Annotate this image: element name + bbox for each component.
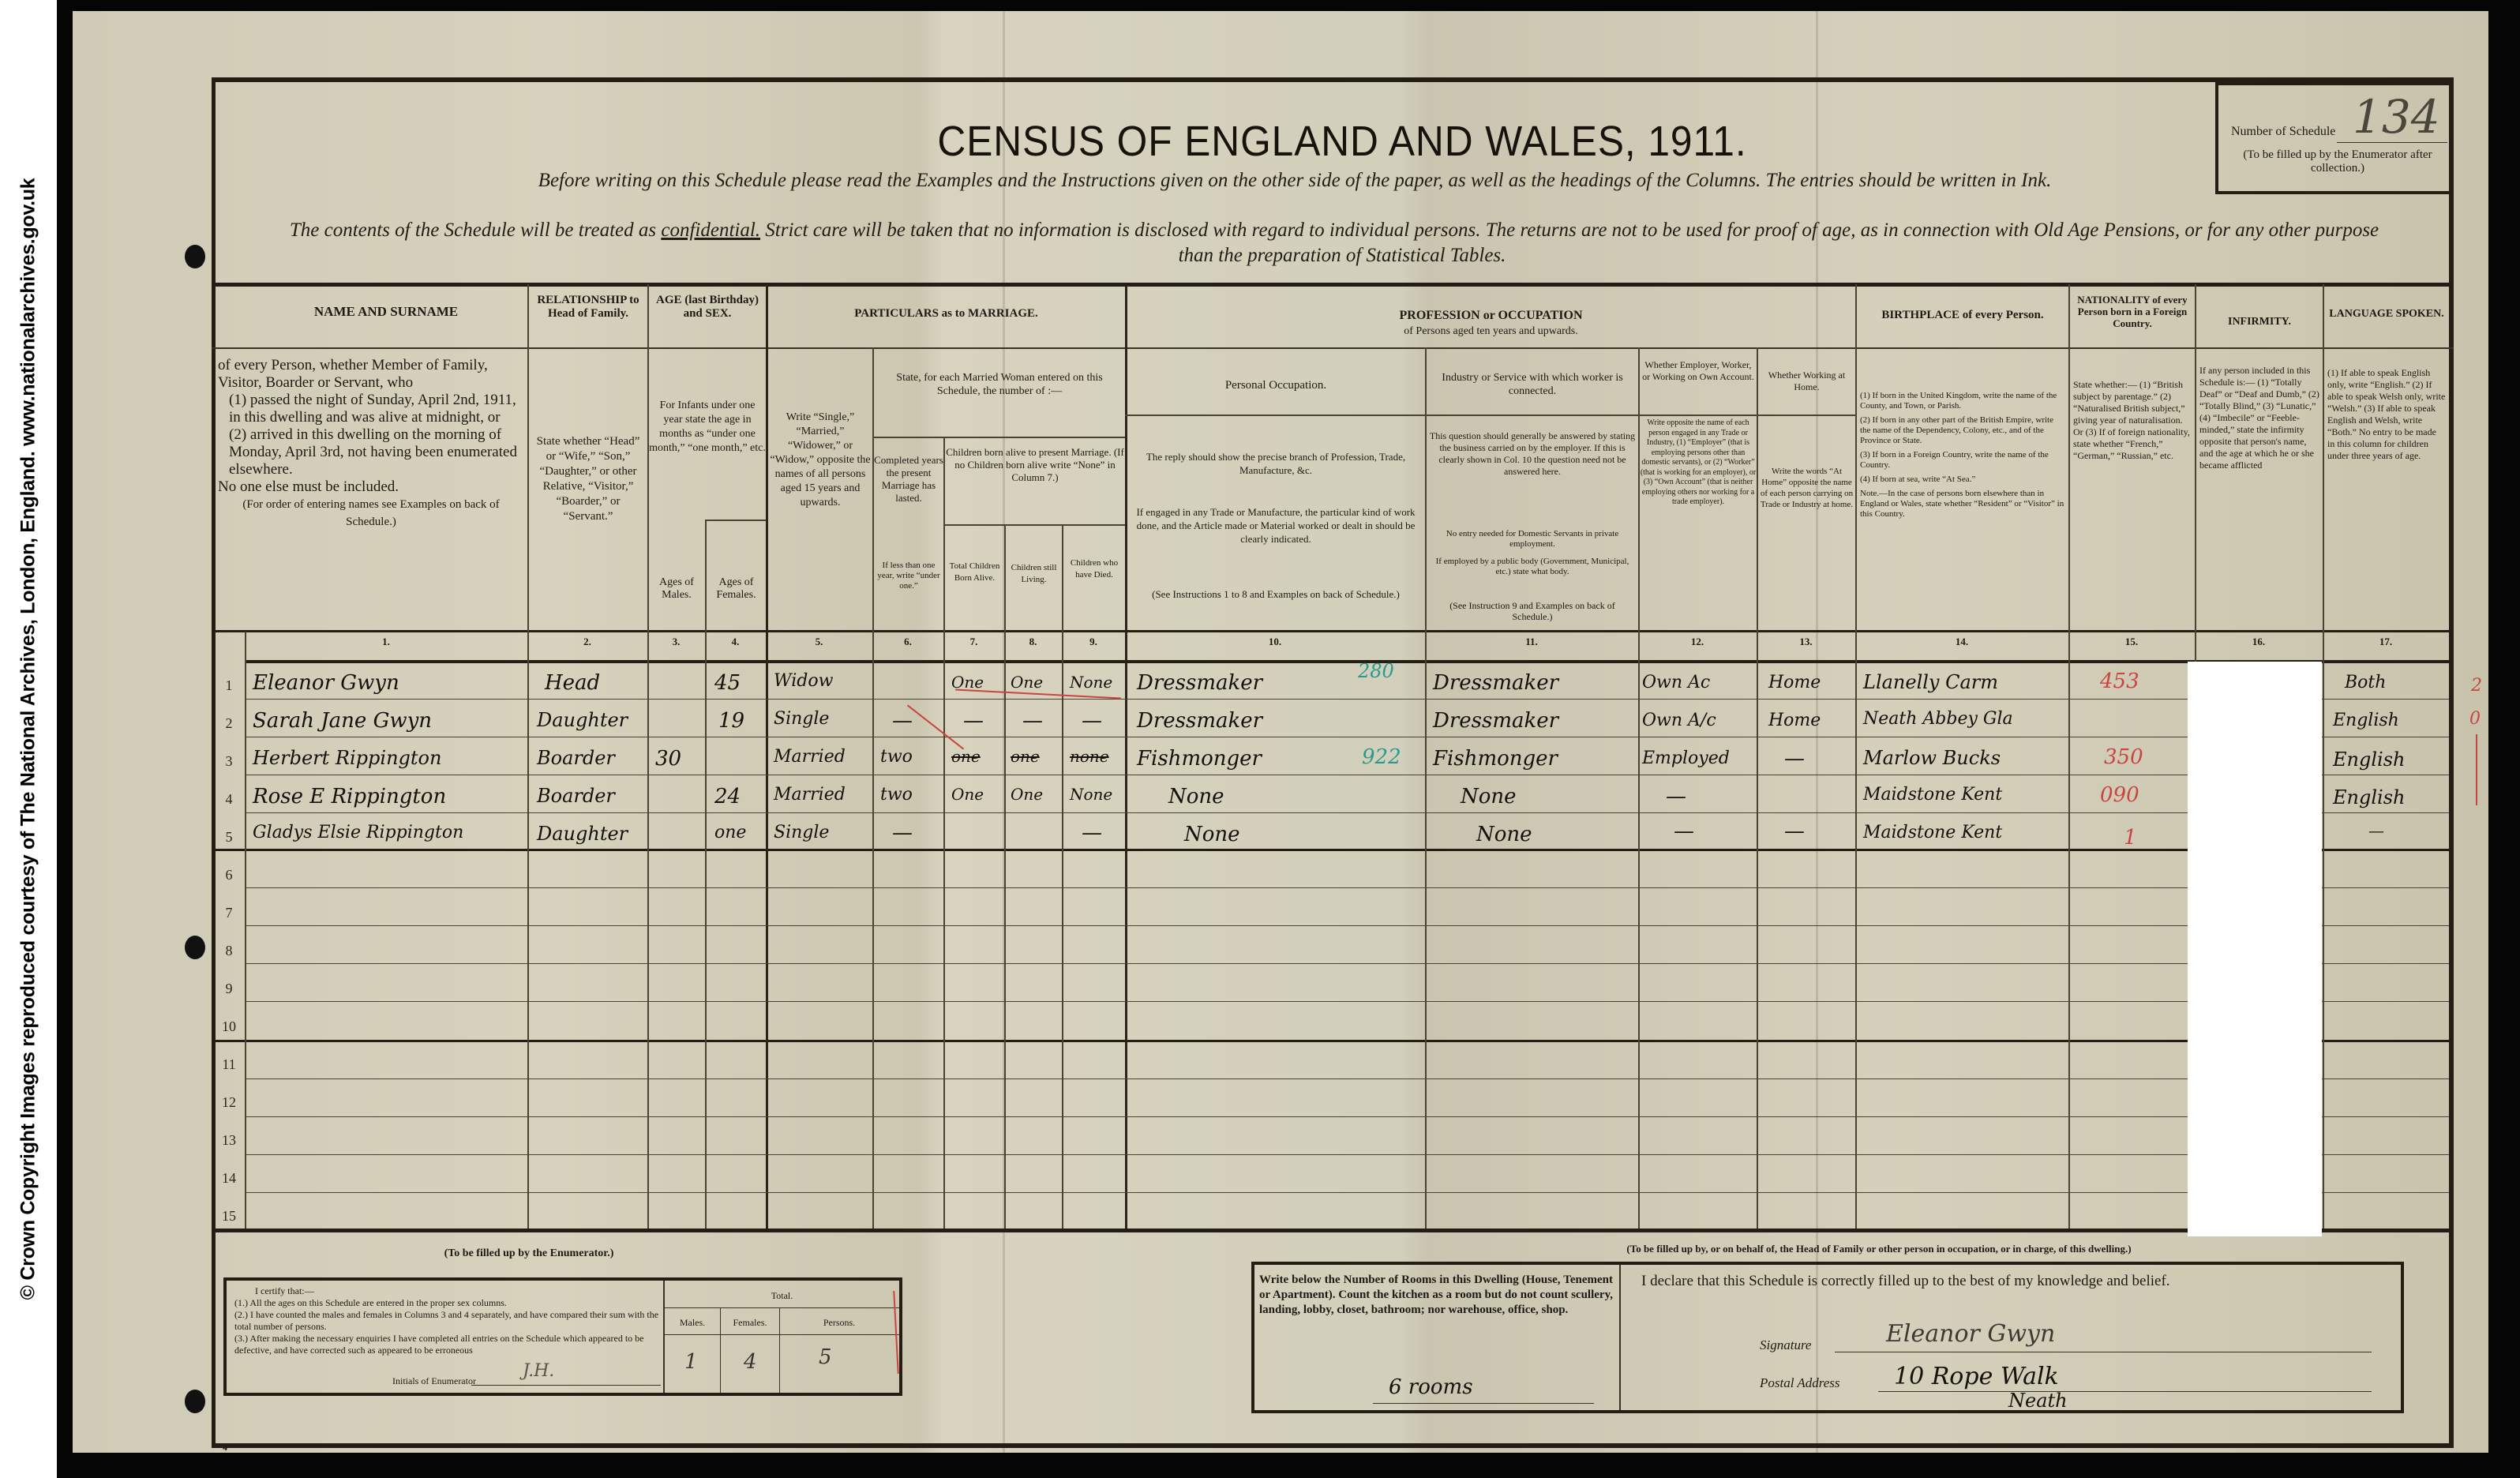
males-label: Males. bbox=[665, 1317, 720, 1329]
schedule-number-note: (To be filled up by the Enumerator after… bbox=[2231, 148, 2444, 175]
cell-birthplace-code: 090 bbox=[2100, 783, 2139, 807]
cell-condition: Married bbox=[774, 785, 846, 805]
header-relationship: RELATIONSHIP to Head of Family. bbox=[529, 294, 647, 321]
cell-industry: Fishmonger bbox=[1433, 747, 1558, 771]
col-line bbox=[943, 438, 945, 1229]
header-marriage-write: Write “Single,” “Married,” “Widower,” or… bbox=[770, 411, 871, 510]
margin-bracket bbox=[2476, 734, 2477, 805]
cell-name: Eleanor Gwyn bbox=[253, 671, 399, 695]
females-total: 4 bbox=[744, 1350, 757, 1374]
cell-years-married: — bbox=[892, 709, 913, 733]
column-number: 13. bbox=[1757, 636, 1855, 648]
cell-birthplace: Maidstone Kent bbox=[1863, 785, 2002, 805]
header-age-desc: For Infants under one year state the age… bbox=[649, 399, 766, 456]
column-number: 16. bbox=[2195, 636, 2323, 648]
confidential-word: confidential. bbox=[661, 219, 760, 241]
enumerator-box: I certify that:— (1.) All the ages on th… bbox=[223, 1277, 902, 1396]
cell-condition: Single bbox=[774, 823, 829, 842]
cell-birthplace: Maidstone Kent bbox=[1863, 823, 2002, 842]
cell-condition: Single bbox=[774, 709, 829, 729]
schedule-number: 134 bbox=[2353, 90, 2440, 144]
cell-age-female: 19 bbox=[718, 709, 744, 733]
schedule-number-box: Number of Schedule 134 (To be filled up … bbox=[2215, 82, 2452, 194]
children-subdivider bbox=[943, 524, 1125, 526]
signature-label: Signature bbox=[1760, 1337, 1811, 1353]
cell-name: Herbert Rippington bbox=[253, 747, 441, 769]
cell-occupation-code: 922 bbox=[1362, 745, 1401, 769]
rooms-count: 6 rooms bbox=[1389, 1375, 1473, 1399]
form-bottom-border bbox=[212, 1443, 2454, 1448]
cell-relationship: Boarder bbox=[537, 747, 615, 769]
row-line bbox=[245, 1116, 2449, 1117]
row-number: 14 bbox=[215, 1170, 243, 1187]
column-number: 7. bbox=[943, 636, 1004, 648]
row-number: 9 bbox=[215, 981, 243, 997]
address-line-2: Neath bbox=[2008, 1390, 2068, 1412]
column-number: 10. bbox=[1125, 636, 1425, 648]
rooms-line bbox=[1373, 1403, 1594, 1404]
header-relationship-desc: State whether “Head” or “Wife,” “Son,” “… bbox=[531, 434, 646, 524]
marriage-subdivider bbox=[872, 437, 1125, 438]
enumerator-certify: I certify that:— (1.) All the ages on th… bbox=[234, 1285, 661, 1356]
cell-language: — bbox=[2368, 821, 2384, 840]
address-line bbox=[1878, 1391, 2372, 1392]
cell-died: — bbox=[1082, 709, 1102, 733]
confidentiality-line-2: than the preparation of Statistical Tabl… bbox=[987, 245, 1697, 267]
header-age-males: Ages of Males. bbox=[649, 576, 704, 602]
signature-line bbox=[1835, 1352, 2372, 1352]
cell-died: None bbox=[1070, 785, 1112, 804]
household-box: Write below the Number of Rooms in this … bbox=[1251, 1262, 2404, 1413]
persons-label: Persons. bbox=[780, 1317, 898, 1329]
header-name: NAME AND SURNAME bbox=[245, 304, 527, 319]
cell-language: English bbox=[2333, 711, 2399, 730]
header-age-females: Ages of Females. bbox=[707, 576, 766, 602]
margin-mark-middle: 0 bbox=[2469, 709, 2481, 729]
cell-employment: Own Ac bbox=[1642, 673, 1710, 692]
row-line bbox=[245, 1192, 2449, 1193]
col-line bbox=[1855, 284, 1857, 1229]
header-bottom-border bbox=[212, 630, 2454, 632]
row-line bbox=[245, 925, 2449, 926]
declaration-text: I declare that this Schedule is correctl… bbox=[1641, 1273, 2383, 1290]
total-header-line bbox=[665, 1334, 899, 1335]
row-line bbox=[245, 1001, 2449, 1002]
cell-industry: Dressmaker bbox=[1433, 671, 1558, 695]
address-label: Postal Address bbox=[1760, 1375, 1840, 1391]
cell-relationship: Daughter bbox=[537, 709, 628, 731]
column-number: 14. bbox=[1855, 636, 2068, 648]
cell-born-alive: one bbox=[951, 747, 981, 766]
name-desc-e: (For order of entering names see Example… bbox=[218, 496, 524, 531]
cell-occupation: None bbox=[1168, 785, 1224, 808]
cell-living: One bbox=[1011, 673, 1043, 692]
cell-name: Sarah Jane Gwyn bbox=[253, 709, 432, 733]
cell-industry: None bbox=[1476, 823, 1532, 846]
birthplace-note: Note.—In the case of persons born elsewh… bbox=[1860, 489, 2065, 520]
row-line bbox=[245, 887, 2449, 888]
colnum-bottom-border bbox=[245, 660, 2449, 663]
initials-label: Initials of Enumerator bbox=[392, 1375, 476, 1387]
total-line bbox=[665, 1307, 899, 1308]
col-line bbox=[647, 632, 649, 1229]
row-number: 7 bbox=[215, 905, 243, 921]
confidentiality-prefix: The contents of the Schedule will be tre… bbox=[290, 219, 662, 241]
females-label: Females. bbox=[721, 1317, 779, 1329]
header-personal-occupation: Personal Occupation. bbox=[1127, 379, 1425, 392]
name-desc-b: (1) passed the night of Sunday, April 2n… bbox=[218, 392, 524, 426]
header-home: Whether Working at Home. bbox=[1758, 369, 1855, 393]
col-line bbox=[766, 284, 768, 1229]
initials-line bbox=[471, 1385, 661, 1386]
row-line bbox=[245, 775, 2449, 775]
header-language: LANGUAGE SPOKEN. bbox=[2324, 308, 2449, 321]
col-line bbox=[2323, 284, 2324, 1229]
household-heading: (To be filled up by, or on behalf of, th… bbox=[1342, 1243, 2416, 1255]
cell-at-home: Home bbox=[1768, 673, 1821, 692]
cell-relationship: Daughter bbox=[537, 823, 628, 845]
copyright-strip: © Crown Copyright Images reproduced cour… bbox=[0, 0, 57, 1478]
column-number: 12. bbox=[1638, 636, 1757, 648]
birthplace-desc-2: (2) If born in any other part of the Bri… bbox=[1860, 415, 2065, 446]
cell-living: one bbox=[1011, 747, 1040, 766]
header-infirmity-desc: If any person included in this Schedule … bbox=[2199, 365, 2319, 471]
instruction-line: Before writing on this Schedule please r… bbox=[411, 170, 2179, 192]
column-number: 8. bbox=[1004, 636, 1062, 648]
row-number: 1 bbox=[215, 677, 243, 694]
name-desc-c: (2) arrived in this dwelling on the morn… bbox=[218, 426, 524, 478]
column-number: 6. bbox=[872, 636, 943, 648]
col-line bbox=[1425, 347, 1427, 1229]
header-infirmity: INFIRMITY. bbox=[2196, 314, 2323, 329]
cell-at-home: — bbox=[1784, 820, 1805, 843]
col-line bbox=[1004, 526, 1006, 1229]
cell-died: None bbox=[1070, 673, 1112, 692]
cell-age-female: 45 bbox=[714, 671, 741, 695]
header-birthplace-desc: (1) If born in the United Kingdom, write… bbox=[1860, 391, 2065, 520]
schedule-number-line bbox=[2337, 142, 2447, 143]
row-number: 2 bbox=[215, 715, 243, 732]
cell-employment: — bbox=[1674, 820, 1694, 843]
margin-mark-top: 2 bbox=[2471, 676, 2482, 696]
cell-living: — bbox=[1022, 709, 1043, 733]
row-number: 11 bbox=[215, 1056, 243, 1073]
name-desc-a: of every Person, whether Member of Famil… bbox=[218, 357, 524, 392]
certify-item-2: (2.) I have counted the males and female… bbox=[234, 1309, 661, 1333]
column-number: 17. bbox=[2323, 636, 2449, 648]
cell-born-alive: — bbox=[963, 709, 984, 733]
header-personal-desc-a: The reply should show the precise branch… bbox=[1131, 450, 1421, 477]
header-employer: Whether Employer, Worker, or Working on … bbox=[1640, 359, 1757, 383]
cell-occupation: Dressmaker bbox=[1137, 671, 1262, 695]
cell-relationship: Head bbox=[545, 671, 600, 695]
cell-years-married: — bbox=[892, 821, 913, 845]
persons-total: 5 bbox=[819, 1345, 832, 1369]
header-name-desc: of every Person, whether Member of Famil… bbox=[218, 357, 524, 531]
row-line bbox=[245, 1154, 2449, 1155]
cell-language: Both bbox=[2345, 673, 2386, 692]
row-line bbox=[245, 812, 2449, 813]
rooms-instructions: Write below the Number of Rooms in this … bbox=[1259, 1273, 1613, 1318]
cell-condition: Widow bbox=[774, 671, 833, 691]
row-number: 10 bbox=[215, 1018, 243, 1035]
header-language-desc: (1) If able to speak English only, write… bbox=[2327, 367, 2446, 462]
col-line bbox=[705, 521, 707, 1229]
row-line bbox=[245, 1078, 2449, 1079]
header-occupation-subtitle: of Persons aged ten years and upwards. bbox=[1127, 325, 1855, 338]
row-number: 8 bbox=[215, 943, 243, 959]
header-industry-desc-a: This question should generally be answer… bbox=[1429, 430, 1636, 478]
confidentiality-line: The contents of the Schedule will be tre… bbox=[229, 219, 2439, 242]
header-personal-desc-c: (See Instructions 1 to 8 and Examples on… bbox=[1131, 588, 1421, 601]
column-number: 11. bbox=[1425, 636, 1638, 648]
cell-living: One bbox=[1011, 785, 1043, 804]
certify-item-3: (3.) After making the necessary enquirie… bbox=[234, 1333, 661, 1356]
birthplace-desc-3: (3) If born in a Foreign Country, write … bbox=[1860, 450, 2065, 471]
header-marriage-completed-note: If less than one year, write “under one.… bbox=[874, 561, 943, 591]
row-number: 13 bbox=[215, 1132, 243, 1149]
header-occupation: PROFESSION or OCCUPATION bbox=[1127, 308, 1855, 323]
cell-occupation: Dressmaker bbox=[1137, 709, 1262, 733]
row-line bbox=[245, 737, 2449, 737]
cell-birthplace: Llanelly Carm bbox=[1863, 671, 1998, 693]
birthplace-desc-4: (4) If born at sea, write “At Sea.” bbox=[1860, 475, 2065, 485]
column-number: 2. bbox=[527, 636, 647, 648]
col-line bbox=[1125, 284, 1127, 1229]
cell-age-male: 30 bbox=[655, 747, 681, 771]
cell-age-female: one bbox=[714, 823, 746, 842]
cell-died: — bbox=[1082, 821, 1102, 845]
header-industry-desc-c: If employed by a public body (Government… bbox=[1429, 557, 1636, 577]
col-line bbox=[1062, 526, 1063, 1229]
column-number: 9. bbox=[1062, 636, 1125, 648]
header-children-total: Total Children Born Alive. bbox=[945, 561, 1004, 584]
punch-hole bbox=[185, 936, 205, 959]
header-nationality-desc: State whether:— (1) “British subject by … bbox=[2073, 379, 2192, 462]
cell-at-home: — bbox=[1784, 747, 1805, 771]
column-number: 5. bbox=[766, 636, 872, 648]
cell-years-married: two bbox=[880, 747, 913, 767]
row-5-divider bbox=[212, 849, 2454, 851]
row-number: 5 bbox=[215, 829, 243, 846]
occupation-subdivider bbox=[1125, 415, 1757, 416]
table-top-border bbox=[212, 283, 2454, 287]
header-marriage-completed: Completed years the present Marriage has… bbox=[874, 454, 943, 505]
confidentiality-rest: Strict care will be taken that no inform… bbox=[760, 219, 2379, 241]
header-children-living: Children still Living. bbox=[1006, 562, 1062, 586]
row-number: 6 bbox=[215, 867, 243, 883]
signature: Eleanor Gwyn bbox=[1886, 1320, 2055, 1348]
total-label: Total. bbox=[665, 1290, 899, 1302]
header-industry: Industry or Service with which worker is… bbox=[1427, 371, 1638, 398]
cell-birthplace-code: 350 bbox=[2104, 745, 2143, 769]
cell-birthplace-code: 453 bbox=[2100, 670, 2139, 693]
header-industry-desc-b: No entry needed for Domestic Servants in… bbox=[1429, 529, 1636, 550]
header-marriage-children: Children born alive to present Marriage.… bbox=[945, 446, 1125, 484]
cell-name: Rose E Rippington bbox=[253, 785, 446, 808]
age-subdivider bbox=[705, 520, 766, 521]
column-number: 4. bbox=[705, 636, 766, 648]
cell-industry: None bbox=[1461, 785, 1517, 808]
table-bottom-border bbox=[212, 1229, 2454, 1232]
cell-language: English bbox=[2333, 748, 2405, 771]
enumerator-initials: J.H. bbox=[523, 1361, 554, 1381]
name-desc-d: No one else must be included. bbox=[218, 478, 524, 496]
cell-birthplace: Marlow Bucks bbox=[1863, 747, 2001, 769]
punch-hole bbox=[185, 245, 205, 268]
copyright-notice: © Crown Copyright Images reproduced cour… bbox=[17, 178, 40, 1300]
row-line bbox=[245, 699, 2449, 700]
cell-condition: Married bbox=[774, 747, 846, 767]
page-title: CENSUS OF ENGLAND AND WALES, 1911. bbox=[761, 117, 1923, 166]
row-number: 15 bbox=[215, 1208, 243, 1225]
cell-relationship: Boarder bbox=[537, 785, 615, 807]
cell-employment: Own A/c bbox=[1642, 711, 1716, 730]
cell-employment: Employed bbox=[1642, 748, 1730, 768]
row-number: 4 bbox=[215, 791, 243, 808]
cell-birthplace: Neath Abbey Gla bbox=[1863, 709, 2013, 729]
schedule-number-label: Number of Schedule bbox=[2231, 125, 2335, 139]
col-line bbox=[527, 284, 529, 1229]
males-total: 1 bbox=[684, 1350, 698, 1374]
cell-died: none bbox=[1070, 747, 1109, 766]
birthplace-desc-1: (1) If born in the United Kingdom, write… bbox=[1860, 391, 2065, 411]
header-personal-desc-b: If engaged in any Trade or Manufacture, … bbox=[1131, 505, 1421, 546]
cell-age-female: 24 bbox=[714, 785, 741, 808]
enumerator-heading: (To be filled up by the Enumerator.) bbox=[411, 1247, 647, 1260]
cell-occupation-code: 280 bbox=[1358, 660, 1394, 682]
header-marriage-state: State, for each Married Woman entered on… bbox=[876, 371, 1123, 398]
col-line bbox=[245, 632, 246, 1229]
row-10-divider bbox=[212, 1040, 2454, 1042]
header-children-died: Children who have Died. bbox=[1063, 557, 1125, 581]
header-industry-desc-d: (See Instruction 9 and Examples on back … bbox=[1429, 600, 1636, 622]
household-divider bbox=[1619, 1265, 1621, 1410]
column-number: 1. bbox=[245, 636, 527, 648]
header-birthplace: BIRTHPLACE of every Person. bbox=[1857, 308, 2068, 322]
certify-item-1: (1.) All the ages on this Schedule are e… bbox=[234, 1297, 661, 1309]
header-home-desc: Write the words “At Home” opposite the n… bbox=[1758, 466, 1855, 510]
row-number: 3 bbox=[215, 753, 243, 770]
cell-years-married: two bbox=[880, 785, 913, 805]
redacted-infirmity-column bbox=[2188, 662, 2322, 1236]
cell-born-alive: One bbox=[951, 785, 984, 804]
punch-hole bbox=[185, 1390, 205, 1413]
row-number: 12 bbox=[215, 1094, 243, 1111]
cell-employment: — bbox=[1666, 785, 1686, 808]
home-subdivider bbox=[1757, 415, 1855, 416]
cell-name: Gladys Elsie Rippington bbox=[253, 823, 463, 842]
cell-birthplace-code: 1 bbox=[2124, 826, 2137, 850]
cell-occupation: Fishmonger bbox=[1137, 747, 1262, 771]
form-top-border bbox=[212, 77, 2454, 82]
header-marriage: PARTICULARS as to MARRIAGE. bbox=[767, 306, 1125, 321]
header-nationality: NATIONALITY of every Person born in a Fo… bbox=[2070, 294, 2195, 329]
col-line bbox=[2068, 284, 2070, 1229]
cell-industry: Dressmaker bbox=[1433, 709, 1558, 733]
header-age: AGE (last Birthday) and SEX. bbox=[649, 294, 766, 321]
row-line bbox=[245, 963, 2449, 964]
column-number: 3. bbox=[647, 636, 705, 648]
address-line-1: 10 Rope Walk bbox=[1894, 1363, 2059, 1390]
page-number: 4 bbox=[223, 1442, 227, 1454]
certify-heading: I certify that:— bbox=[234, 1285, 661, 1297]
column-number: 15. bbox=[2068, 636, 2195, 648]
header-employer-desc: Write opposite the name of each person e… bbox=[1640, 418, 1757, 508]
header-divider bbox=[212, 347, 2454, 349]
cell-language: English bbox=[2333, 786, 2405, 808]
cell-occupation: None bbox=[1184, 823, 1240, 846]
cell-at-home: Home bbox=[1768, 711, 1821, 730]
